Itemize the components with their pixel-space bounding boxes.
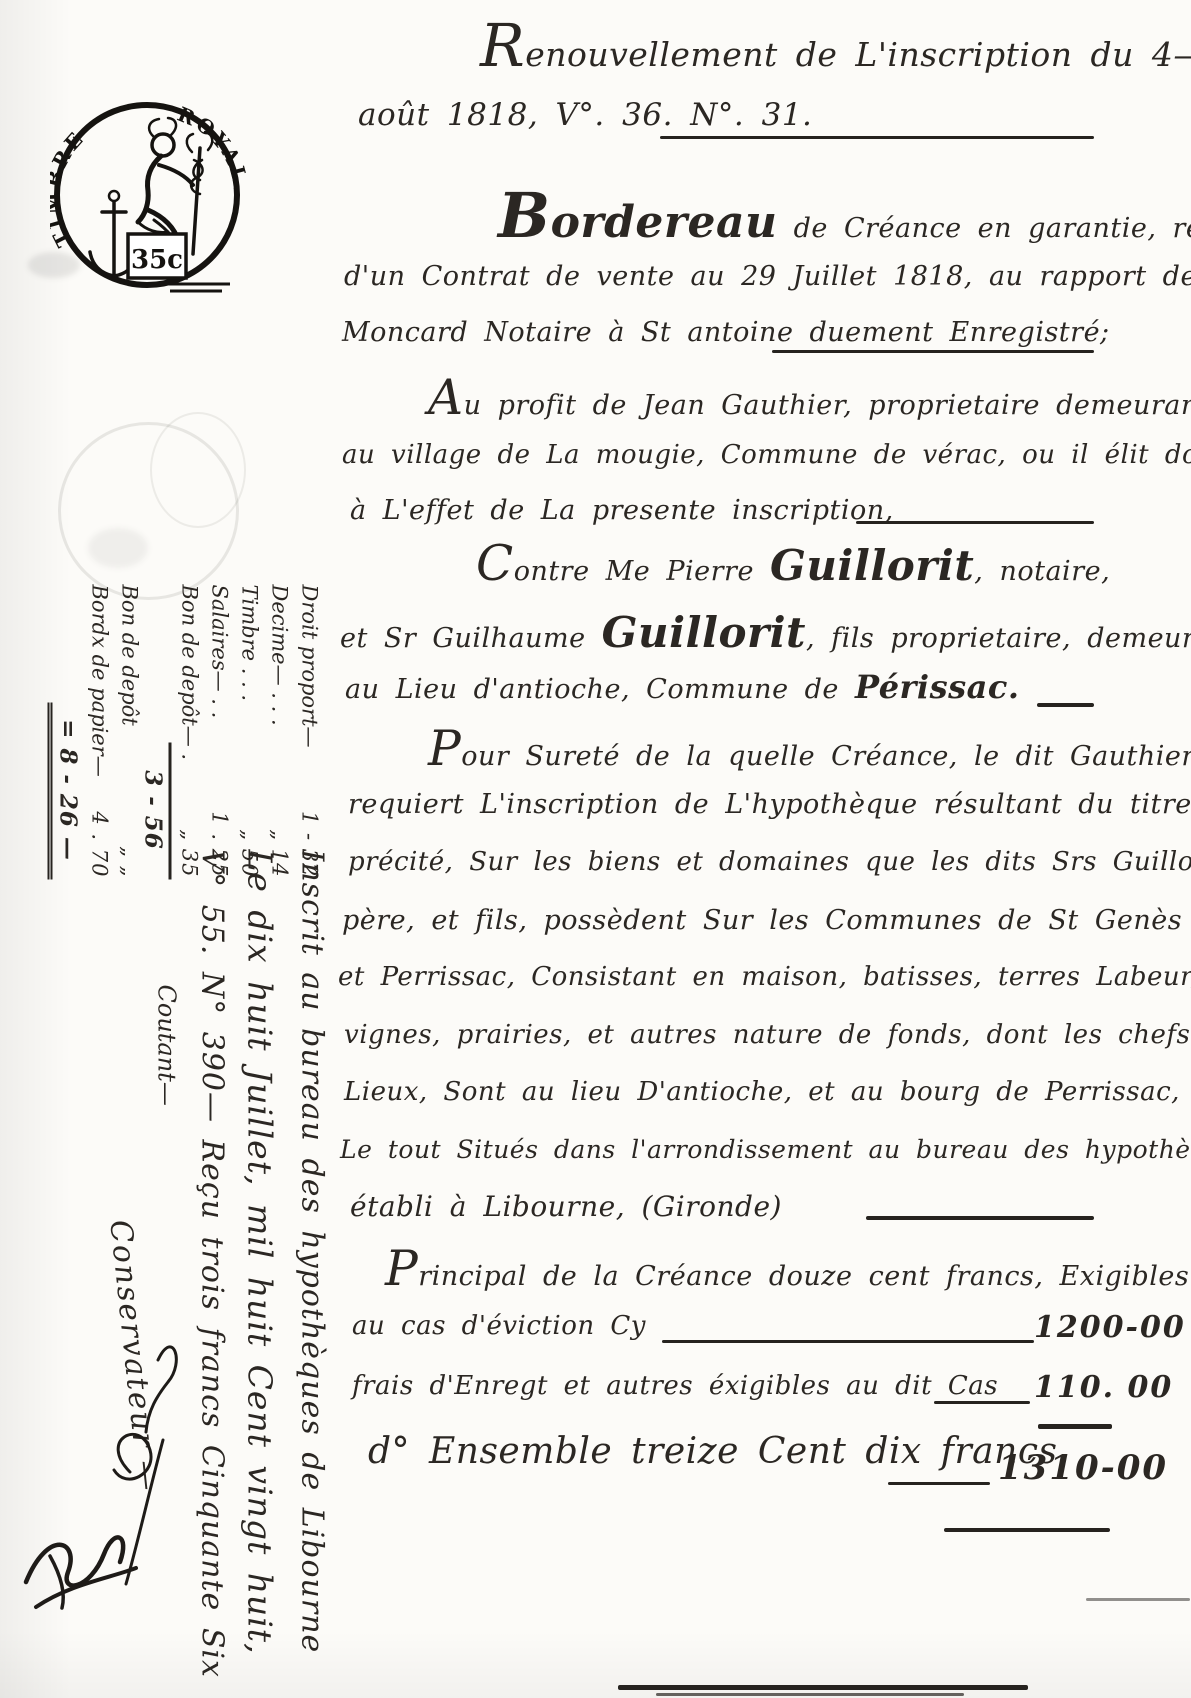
document-page: TIMBRE ROYAL.	[0, 0, 1191, 1698]
body-line-12: Pour Sureté de la quelle Créance, le dit…	[428, 732, 1191, 772]
line-text: au Lieu d'antioche, Commune de	[345, 674, 855, 705]
body-line-4: d'un Contrat de vente au 29 Juillet 1818…	[344, 262, 1191, 292]
body-line-23: frais d'Enregt et autres éxigibles au di…	[352, 1372, 998, 1401]
body-line-bordereau: Bordereau de Créance en garantie, résult…	[498, 182, 1191, 250]
caduceus-icon	[187, 132, 212, 254]
body-line-8: à L'effet de La presente inscription,	[350, 496, 894, 526]
amount-principal: 1200-00	[1034, 1310, 1186, 1345]
body-line-7: au village de La mougie, Commune de véra…	[342, 441, 1191, 470]
fee-subtotal: 3 - 56	[140, 743, 172, 880]
name-guillorit-2: Guillorit	[602, 608, 806, 657]
fee-label: Salaires— . .	[208, 585, 232, 719]
body-line-13: requiert L'inscription de L'hypothèque r…	[348, 790, 1191, 820]
fee-label: Decime— . . .	[268, 585, 292, 726]
fee-row-bon-depot: Bon de depôt— . „ 35	[172, 585, 202, 880]
body-line-5: Moncard Notaire à St antoine duement Enr…	[342, 318, 1110, 348]
fee-grand-total: = 8 - 26 —	[48, 703, 82, 880]
rule-after-perissac	[1037, 703, 1094, 707]
ghost-stamp-large	[58, 422, 239, 600]
fee-label: Droit proport—	[298, 585, 322, 748]
title-line-2: août 1818, V°. 36. N°. 31.	[358, 98, 812, 132]
timbre-royal-stamp: TIMBRE ROYAL.	[50, 92, 246, 300]
fee-row-decime: Decime— . . . „ 14	[262, 585, 292, 880]
bottom-rule-2	[656, 1693, 964, 1696]
rule-frais	[934, 1401, 1030, 1404]
line-text: et Sr Guilhaume	[340, 623, 602, 654]
body-line-19: Le tout Situés dans l'arrondissement au …	[340, 1136, 1191, 1164]
name-perissac: Périssac.	[855, 668, 1019, 706]
rule-under-total	[944, 1528, 1110, 1532]
ghost-stamp-small	[150, 412, 246, 528]
fee-row-bon-depot-2: Bon de depôt „ „	[112, 585, 142, 880]
stamp-denomination: 35c	[131, 245, 183, 275]
body-line-15: père, et fils, possèdent Sur les Commune…	[342, 906, 1182, 936]
body-line-11: au Lieu d'antioche, Commune de Périssac.	[345, 670, 1019, 705]
name-guillorit-1: Guillorit	[770, 541, 974, 590]
rule-total	[888, 1482, 990, 1485]
fee-label: Bordx de papier—	[88, 585, 112, 777]
fee-value: 4 . 70	[88, 811, 112, 879]
title-line-1: Renouvellement de L'inscription du 4—	[480, 26, 1191, 73]
line-text: de Créance en garantie, résultant	[778, 213, 1191, 244]
word-bordereau: Bordereau	[498, 182, 778, 250]
body-line-6: Au profit de Jean Gauthier, proprietaire…	[428, 381, 1191, 421]
body-line-10: et Sr Guilhaume Guillorit, fils propriet…	[340, 610, 1191, 656]
body-line-14: précité, Sur les biens et domaines que l…	[348, 848, 1191, 877]
rule-after-enregistre	[772, 350, 1094, 353]
bottom-right-rule	[1086, 1598, 1190, 1601]
amount-total: 1310-00	[998, 1448, 1168, 1488]
amount-frais: 110. 00	[1034, 1370, 1173, 1405]
body-line-16: et Perrissac, Consistant en maison, bati…	[338, 963, 1191, 992]
line-text: , notaire,	[974, 556, 1110, 587]
fee-row-droit: Droit proport— 1 - 32	[292, 585, 322, 880]
fee-label: Bon de depôt	[118, 585, 142, 726]
fee-label: Bon de depôt— .	[178, 585, 202, 761]
registration-line-2: Le dix huit Juillet, mil huit Cent vingt…	[230, 850, 280, 1695]
body-line-21: Principal de la Créance douze cent franc…	[385, 1252, 1189, 1292]
body-line-24: d° Ensemble treize Cent dix francs	[368, 1432, 1057, 1472]
margin-coutant: Coutant—	[151, 985, 181, 1110]
fee-grand-total-row: = 8 - 26 —	[52, 585, 82, 880]
bottom-rule-1	[618, 1685, 1028, 1690]
body-line-18: Lieux, Sont au lieu D'antioche, et au bo…	[344, 1078, 1180, 1107]
line-text: , fils proprietaire, demeurant	[806, 623, 1191, 654]
margin-registration: Inscrit au bureau des hypothèques de Lib…	[180, 850, 330, 1695]
margin-fee-table: Droit proport— 1 - 32 Decime— . . . „ 14…	[52, 585, 322, 880]
fee-row-timbre: Timbre . . . „ 50	[232, 585, 262, 880]
body-line-22: au cas d'éviction Cy	[352, 1312, 646, 1341]
registration-line-1: Inscrit au bureau des hypothèques de Lib…	[280, 850, 330, 1695]
conservateur-signature	[8, 1320, 198, 1620]
body-line-9: Contre Me Pierre Guillorit, notaire,	[476, 543, 1110, 589]
fee-row-bordx-papier: Bordx de papier— 4 . 70	[82, 585, 112, 880]
line-text: Contre Me Pierre	[476, 556, 770, 587]
stamp-base	[162, 284, 230, 291]
body-line-17: vignes, prairies, et autres nature de fo…	[344, 1021, 1190, 1050]
fee-subtotal-row: 3 - 56	[142, 585, 172, 880]
fee-row-salaires: Salaires— . . 1 . 25	[202, 585, 232, 880]
fee-value: „ „	[118, 846, 142, 879]
rule-after-gironde	[866, 1216, 1094, 1220]
ink-smudge-2	[88, 528, 148, 568]
rule-eviction	[662, 1340, 1034, 1343]
rule-under-frais	[1038, 1424, 1112, 1429]
body-line-20: établi à Libourne, (Gironde)	[350, 1192, 782, 1223]
title-rule	[660, 136, 1094, 139]
fee-label: Timbre . . .	[238, 585, 262, 702]
rule-after-inscription	[856, 521, 1094, 524]
